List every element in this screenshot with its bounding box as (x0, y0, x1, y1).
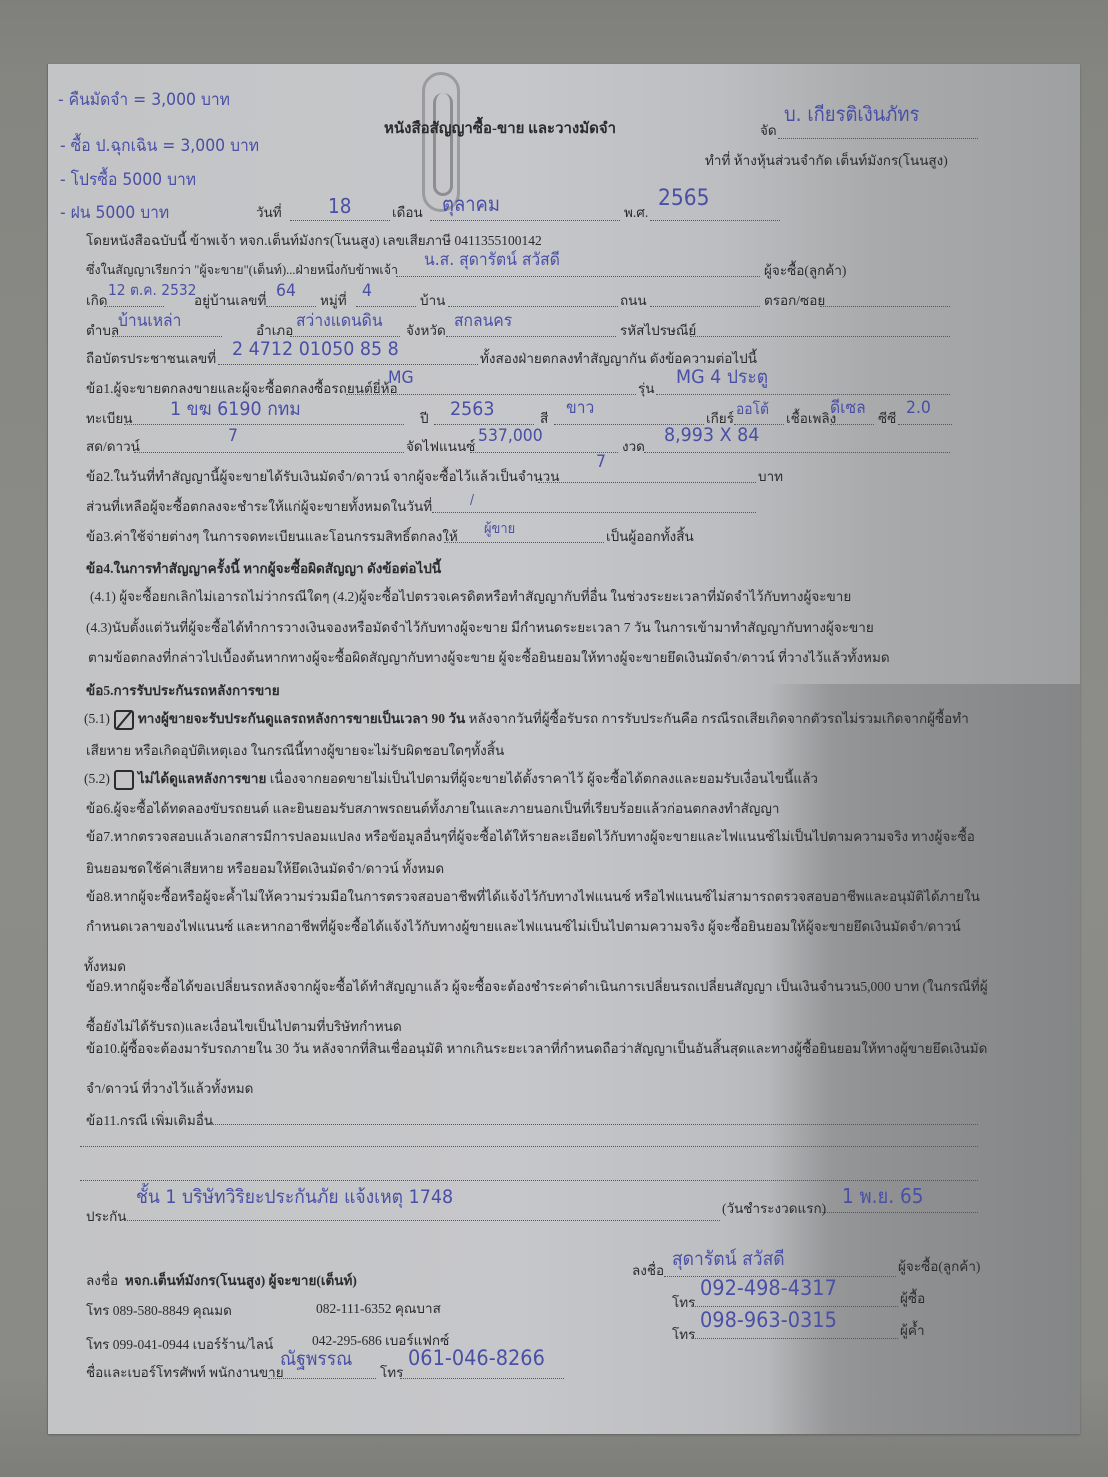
id-number: 2 4712 01050 85 8 (232, 340, 399, 359)
date-month: ตุลาคม (442, 194, 500, 214)
model-label: รุ่น (638, 382, 654, 396)
color-label: สี (540, 412, 548, 426)
clause11-label: ข้อ11.กรณี เพิ่มเติมอื่น (86, 1114, 213, 1128)
car-gear: ออโต้ (736, 402, 769, 417)
fuel-label: เชื้อเพลิง (786, 412, 836, 426)
deposit-unit: บาท (758, 470, 783, 484)
subdistrict: บ้านเหล่า (118, 313, 181, 330)
clause9-line: ซื้อยังไม่ได้รับรถ)และเงื่อนไขเป็นไปตามท… (86, 1020, 402, 1034)
car-model: MG 4 ประตู (676, 368, 768, 387)
month-label: เดือน (392, 206, 423, 220)
clause7-line: ข้อ7.หากตรวจสอบแล้วเอกสารมีการปลอมแปลง ห… (86, 830, 975, 844)
clause3-text: ข้อ3.ค่าใช้จ่ายต่างๆ ในการจดทะเบียนและโอ… (86, 530, 458, 544)
option-5-1-line2: เสียหาย หรือเกิดอุบัติเหตุเอง ในกรณีนี้ท… (86, 744, 504, 758)
insurance-label: ประกัน (86, 1210, 126, 1224)
remain-text: ส่วนที่เหลือผู้จะซื้อตกลงจะชำระให้แก่ผู้… (86, 500, 432, 514)
shop-phone: โทร 099-041-0944 เบอร์ร้าน/ไลน์ (86, 1338, 273, 1352)
clause10-line: จำ/ดาวน์ ที่วางไว้แล้วทั้งหมด (86, 1082, 253, 1096)
car-year: 2563 (450, 400, 494, 419)
id-label: ถือบัตรประชาชนเลขที่ (86, 352, 216, 366)
clause9-line: ข้อ9.หากผู้จะซื้อได้ขอเปลี่ยนรถหลังจากผู… (86, 980, 988, 994)
seller-sign-label: ลงชื่อ (86, 1273, 118, 1288)
seller-phone: โทร 089-580-8849 คุณมด (86, 1304, 232, 1318)
clause6-text: ข้อ6.ผู้จะซื้อได้ทดลองขับรถยนต์ และยินยอ… (86, 802, 779, 816)
margin-note: - โปรซื้อ 5000 บาท (60, 172, 196, 189)
house-no: 64 (276, 283, 296, 300)
clause4-line: ตามข้อตกลงที่กล่าวไปเบื้องต้นหากทางผู้จะ… (88, 651, 890, 665)
road-label: ถนน (620, 294, 647, 308)
clause8-line: กำหนดเวลาของไฟแนนซ์ และหากอาชีพที่ผู้จะซ… (86, 920, 961, 934)
guarantor-phone-label: โทร (672, 1328, 695, 1342)
staff-label: ชื่อและเบอร์โทรศัพท์ พนักงานขาย (86, 1366, 284, 1380)
buyer-phone: 092-498-4317 (700, 1278, 837, 1299)
buyer-name: น.ส. สุดารัตน์ สวัสดี (424, 252, 560, 269)
option-5-2-bold: ไม่ได้ดูแลหลังการขาย (138, 771, 266, 786)
by-value: บ. เกียรติเงินภัทร (784, 104, 919, 124)
intro-text: โดยหนังสือฉบับนี้ ข้าพเจ้า หจก.เต็นท์มัง… (86, 234, 542, 248)
moo: 4 (362, 283, 372, 300)
clause4-line: (4.3)นับตั้งแต่วันที่ผู้จะซื้อได้ทำการวา… (86, 621, 874, 635)
soi-label: ตรอก/ซอย (764, 294, 825, 308)
clause5-heading: ข้อ5.การรับประกันรถหลังการขาย (86, 684, 280, 698)
clause10-line: ข้อ10.ผู้ซื้อจะต้องมารับรถภายใน 30 วัน ห… (86, 1042, 987, 1056)
district: สว่างแดนดิน (296, 313, 383, 330)
year-label: พ.ศ. (624, 206, 648, 220)
buyer-signature: สุดารัตน์ สวัสดี (672, 1250, 785, 1269)
id-suffix: ทั้งสองฝ่ายตกลงทำสัญญากัน ดังข้อความต่อไ… (480, 352, 757, 366)
moo-label: หมู่ที่ (320, 294, 347, 308)
option-5-2-number: (5.2) (84, 771, 110, 786)
down-payment: 7 (228, 428, 238, 445)
first-payment-label: (วันชำระงวดแรก) (722, 1202, 826, 1216)
fee-payer: ผู้ขาย (484, 522, 515, 536)
clause7-line: ยินยอมชดใช้ค่าเสียหาย หรือยอมให้ยึดเงินม… (86, 862, 444, 876)
house-no-label: อยู่บ้านเลขที่ (194, 294, 266, 308)
buyer-phone-role: ผู้ซื้อ (900, 1292, 925, 1306)
option-5-1-number: (5.1) (84, 711, 110, 726)
seller-line-label: ซึ่งในสัญญาเรียกว่า "ผู้จะขาย"(เต็นท์)..… (86, 264, 398, 277)
written-at: ทำที่ ห้างหุ้นส่วนจำกัด เต็นท์มังกร(โนนส… (705, 154, 948, 168)
margin-note: - คืนมัดจำ = 3,000 บาท (58, 92, 230, 109)
option-5-1-bold: ทางผู้ขายจะรับประกันดูแลรถหลังการขายเป็น… (138, 711, 465, 726)
date-day: 18 (328, 196, 351, 216)
option-5-2-text: เนื่องจากยอดขายไม่เป็นไปตามที่ผู้จะขายได… (270, 771, 818, 786)
buyer-sign-label: ลงชื่อ (632, 1264, 664, 1278)
installment: 8,993 X 84 (664, 426, 759, 445)
no-warranty-checkbox[interactable] (114, 770, 134, 790)
village-label: บ้าน (420, 294, 445, 308)
seller-name: หจก.เต็นท์มังกร(โนนสูง) ผู้จะขาย(เต็นท์) (125, 1273, 357, 1288)
document-title: หนังสือสัญญาซื้อ-ขาย และวางมัดจำ (384, 122, 616, 137)
guarantor-phone: 098-963-0315 (700, 1310, 837, 1331)
buyer-phone-label: โทร (672, 1296, 695, 1310)
clause4-heading: ข้อ4.ในการทำสัญญาครั้งนี้ หากผู้จะซื้อผิ… (86, 562, 441, 576)
clause8-line: ข้อ8.หากผู้จะซื้อหรือผู้จะค้ำไม่ให้ความร… (86, 890, 980, 904)
staff-phone: 061-046-8266 (408, 1348, 545, 1369)
day-label: วันที่ (256, 206, 282, 220)
margin-note: - ซื้อ ป.ฉุกเฉิน = 3,000 บาท (60, 138, 259, 155)
clause2-text: ข้อ2.ในวันที่ทำสัญญานี้ผู้จะขายได้รับเงิ… (86, 470, 559, 484)
finance-label: จัดไฟแนนซ์ (406, 440, 475, 454)
year-label: ปี (420, 412, 429, 426)
guarantor-phone-role: ผู้ค้ำ (900, 1324, 925, 1338)
down-label: สด/ดาวน์ (86, 440, 140, 454)
option-5-1-text: หลังจากวันที่ผู้ซื้อรับรถ การรับประกันคื… (469, 711, 969, 726)
first-payment-date: 1 พ.ย. 65 (842, 1186, 923, 1206)
buyer-role: ผู้จะซื้อ(ลูกค้า) (764, 264, 846, 278)
insurance-value: ชั้น 1 บริษัทวิริยะประกันภัย แจ้งเหตุ 17… (136, 1188, 453, 1207)
remain-value: / (470, 494, 474, 507)
born-date: 12 ต.ค. 2532 (108, 283, 196, 298)
cc-label: ซีซี (878, 412, 896, 426)
buyer-sign-role: ผู้จะซื้อ(ลูกค้า) (898, 1260, 980, 1274)
margin-note: - ฝน 5000 บาท (60, 205, 169, 222)
clause8-line: ทั้งหมด (84, 960, 126, 974)
car-brand: MG (388, 370, 414, 387)
car-cc: 2.0 (906, 400, 931, 417)
seller-phone: 082-111-6352 คุณบาส (316, 1302, 441, 1316)
deposit-amount: 7 (596, 454, 606, 471)
district-label: อำเภอ (256, 324, 293, 338)
staff-name: ณัฐพรรณ (280, 1350, 352, 1369)
car-plate: 1 ขฆ 6190 กทม (170, 400, 301, 419)
by-label: จัด (760, 124, 777, 138)
postcode-label: รหัสไปรษณีย์ (620, 324, 696, 338)
paper-clip-icon (422, 72, 460, 212)
car-color: ขาว (566, 400, 594, 417)
province: สกลนคร (454, 313, 512, 330)
installment-label: งวด (622, 440, 645, 454)
date-year: 2565 (658, 188, 710, 210)
clause4-line: (4.1) ผู้จะซื้อยกเลิกไม่เอารถไม่ว่ากรณีใ… (90, 590, 851, 604)
clause3-suffix: เป็นผู้ออกทั้งสิ้น (606, 530, 694, 544)
car-fuel: ดีเซล (830, 400, 866, 417)
finance-amount: 537,000 (478, 428, 543, 445)
province-label: จังหวัด (406, 324, 446, 338)
warranty-90-days-checkbox[interactable] (114, 710, 134, 730)
